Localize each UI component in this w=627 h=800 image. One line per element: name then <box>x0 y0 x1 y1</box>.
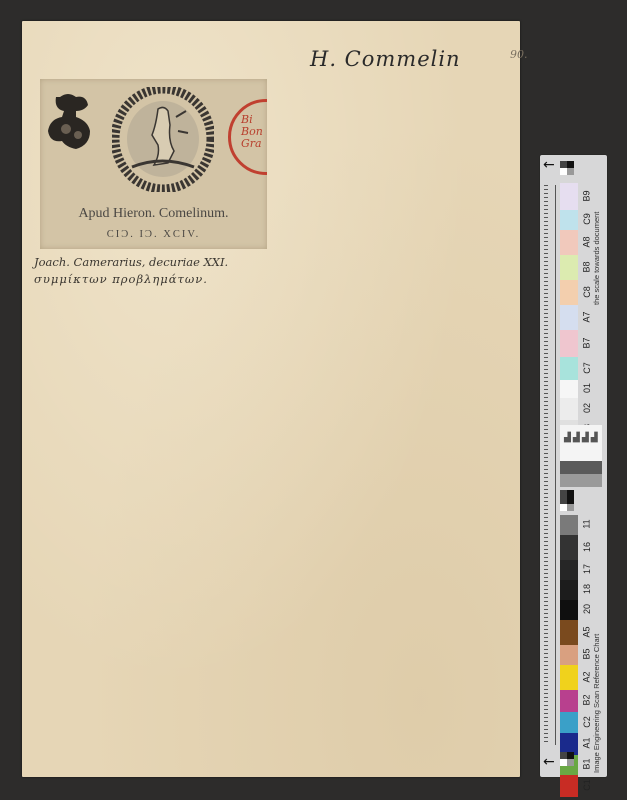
printer-device-emblem-icon <box>112 87 214 192</box>
color-patch <box>560 330 578 357</box>
color-patch <box>560 210 578 230</box>
stamp-line: Gra <box>241 138 267 150</box>
color-patch <box>560 280 578 305</box>
patch-label: 01 <box>580 383 594 393</box>
color-patch <box>560 560 578 580</box>
color-patch <box>560 600 578 620</box>
color-patch <box>560 398 578 420</box>
ruler-line <box>555 185 556 745</box>
color-patch <box>560 775 578 797</box>
scale-caption-top: the scale towards document <box>592 305 604 314</box>
color-patch <box>560 357 578 380</box>
patch-label: 18 <box>580 584 594 594</box>
scale-caption-bottom: Image Engineering Scan Reference Chart <box>592 773 604 782</box>
library-stamp: Bi Bon Gra <box>228 99 267 175</box>
handwritten-note-line1: Joach. Camerarius, decuriae XXI. <box>34 255 228 269</box>
color-patch <box>560 183 578 210</box>
arrow-left-icon: ← <box>543 158 555 172</box>
color-patch <box>560 305 578 330</box>
checker-target-icon <box>560 161 574 175</box>
color-patch <box>560 712 578 733</box>
imprint-date: CIϽ. IϽ. XCIV. <box>40 229 267 240</box>
patch-label: 02 <box>580 403 594 413</box>
color-patch <box>560 515 578 535</box>
color-patch <box>560 535 578 560</box>
folio-number: 90. <box>510 48 528 61</box>
handwritten-note-line2: συμμίκτων προβλημάτων. <box>34 272 208 286</box>
patch-label: 20 <box>580 604 594 614</box>
checker-target-icon <box>560 752 574 766</box>
gray-reference-block: ▟▟▟▟ <box>560 425 602 487</box>
color-patch <box>560 645 578 665</box>
tile-glyphs-icon: ▟▟▟▟ <box>564 433 600 443</box>
patch-label: 11 <box>580 519 594 529</box>
color-patch <box>560 255 578 280</box>
crest-icon <box>46 91 100 151</box>
patch-label: 16 <box>580 542 594 552</box>
dark-gray-bar <box>560 461 602 474</box>
patch-label: B9 <box>580 191 594 201</box>
arrow-left-icon: ← <box>543 755 555 769</box>
color-patch <box>560 580 578 600</box>
color-patch <box>560 620 578 645</box>
patch-label: C7 <box>580 363 594 373</box>
mid-gray-bar <box>560 474 602 487</box>
color-patch <box>560 665 578 690</box>
bookplate-clipping: Bi Bon Gra Apud Hieron. Comelinum. CIϽ. … <box>40 79 267 249</box>
color-patch <box>560 380 578 398</box>
color-reference-scale: ← B9C9A8B8C8A7B7C70102030910 ▟▟▟▟ 111617… <box>540 155 607 777</box>
patch-label: 17 <box>580 564 594 574</box>
imprint-printer: Apud Hieron. Comelinum. <box>40 206 267 222</box>
color-patch <box>560 690 578 712</box>
color-patch <box>560 230 578 255</box>
signature: H. Commelin <box>310 47 461 71</box>
patch-label: B7 <box>580 338 594 348</box>
checker-target-icon-mid <box>560 497 574 511</box>
